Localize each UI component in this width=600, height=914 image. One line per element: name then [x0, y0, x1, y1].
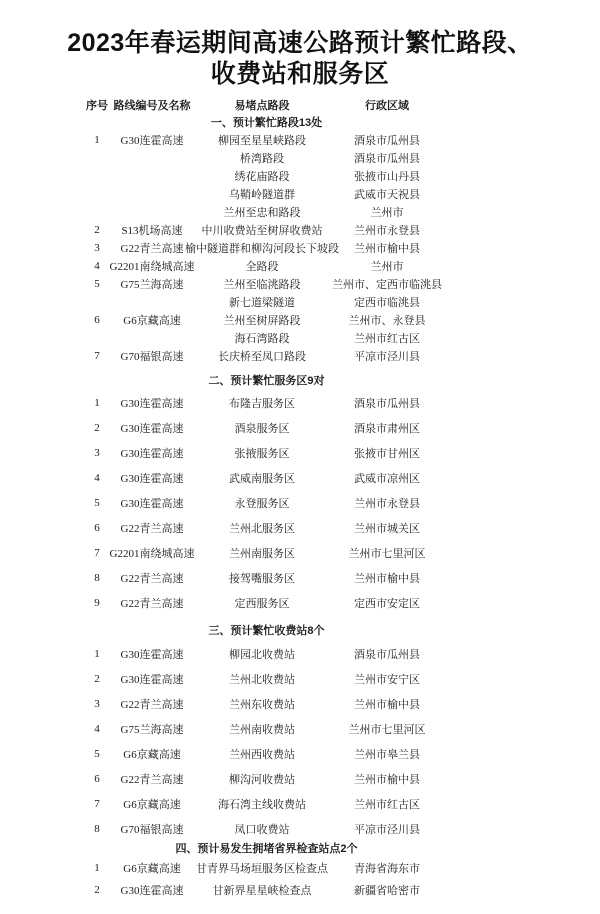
cell-region: 兰州市、永登县	[340, 312, 434, 328]
table-row: 5G6京藏高速兰州西收费站兰州市皋兰县	[74, 741, 434, 766]
section-heading: 二、预计繁忙服务区9对	[74, 373, 434, 389]
cell-no: 5	[74, 278, 120, 290]
cell-region: 兰州市	[340, 258, 434, 274]
table-row: 海石湾路段兰州市红古区	[74, 329, 434, 347]
cell-spot: 接驾嘴服务区	[184, 570, 340, 586]
column-header-region: 行政区域	[340, 97, 434, 113]
cell-no: 9	[74, 597, 120, 609]
table-row: 2G30连霍高速酒泉服务区酒泉市肃州区	[74, 415, 434, 440]
table-row: 1G30连霍高速柳园至星星峡路段酒泉市瓜州县	[74, 131, 434, 149]
table-row-group: 5G30连霍高速永登服务区兰州市永登县	[74, 490, 434, 515]
cell-route: G30连霍高速	[120, 646, 184, 662]
table-row: 6G22青兰高速兰州北服务区兰州市城关区	[74, 515, 434, 540]
cell-no: 3	[74, 698, 120, 710]
table-row: 4G75兰海高速兰州南收费站兰州市七里河区	[74, 716, 434, 741]
table-row: 1G30连霍高速柳园北收费站酒泉市瓜州县	[74, 641, 434, 666]
cell-no: 2	[74, 224, 120, 236]
table-row: 7G6京藏高速海石湾主线收费站兰州市红古区	[74, 791, 434, 816]
cell-route: G30连霍高速	[120, 420, 184, 436]
cell-spot: 甘青界马场垣服务区检查点	[184, 860, 340, 876]
cell-region: 兰州市榆中县	[340, 240, 434, 256]
table-row: 9G22青兰高速定西服务区定西市安定区	[74, 590, 434, 615]
cell-region: 兰州市七里河区	[340, 545, 434, 561]
cell-route: G30连霍高速	[120, 470, 184, 486]
table-row-group: 1G30连霍高速布隆吉服务区酒泉市瓜州县	[74, 390, 434, 415]
cell-spot: 中川收费站至树屏收费站	[184, 222, 340, 238]
section-rows: 1G6京藏高速甘青界马场垣服务区检查点青海省海东市2G30连霍高速甘新界星星峡检…	[74, 857, 434, 901]
table-row-group: 5G75兰海高速兰州至临洮路段兰州市、定西市临洮县新七道梁隧道定西市临洮县	[74, 275, 434, 311]
cell-no: 8	[74, 572, 120, 584]
cell-no: 2	[74, 673, 120, 685]
table-row-group: 7G6京藏高速海石湾主线收费站兰州市红古区	[74, 791, 434, 816]
cell-no: 1	[74, 397, 120, 409]
table-row: 2S13机场高速中川收费站至树屏收费站兰州市永登县	[74, 221, 434, 239]
cell-spot: 兰州东收费站	[184, 696, 340, 712]
table-row: 2G30连霍高速甘新界星星峡检查点新疆省哈密市	[74, 879, 434, 901]
cell-spot: 兰州北服务区	[184, 520, 340, 536]
cell-no: 3	[74, 242, 120, 254]
table-row-group: 4G30连霍高速武威南服务区武威市凉州区	[74, 465, 434, 490]
cell-no: 5	[74, 497, 120, 509]
table-row-group: 1G6京藏高速甘青界马场垣服务区检查点青海省海东市	[74, 857, 434, 879]
cell-no: 2	[74, 422, 120, 434]
cell-region: 青海省海东市	[340, 860, 434, 876]
cell-spot: 兰州至树屏路段	[184, 312, 340, 328]
cell-no: 8	[74, 823, 120, 835]
cell-spot: 定西服务区	[184, 595, 340, 611]
table-row-group: 9G22青兰高速定西服务区定西市安定区	[74, 590, 434, 615]
cell-route: G75兰海高速	[120, 276, 184, 292]
section-heading: 三、预计繁忙收费站8个	[74, 623, 434, 639]
table-row-group: 3G22青兰高速兰州东收费站兰州市榆中县	[74, 691, 434, 716]
table-row: 7G70福银高速长庆桥至凤口路段平凉市泾川县	[74, 347, 434, 365]
document-page: 2023年春运期间高速公路预计繁忙路段、 收费站和服务区 序号 路线编号及名称 …	[0, 0, 600, 914]
table-row-group: 6G22青兰高速兰州北服务区兰州市城关区	[74, 515, 434, 540]
cell-region: 兰州市榆中县	[340, 771, 434, 787]
cell-region: 兰州市七里河区	[340, 721, 434, 737]
cell-spot: 张掖服务区	[184, 445, 340, 461]
table-row-group: 7G2201南绕城高速兰州南服务区兰州市七里河区	[74, 540, 434, 565]
cell-spot: 武威南服务区	[184, 470, 340, 486]
cell-region: 平凉市泾川县	[340, 821, 434, 837]
cell-region: 酒泉市瓜州县	[340, 646, 434, 662]
table-row: 桥湾路段酒泉市瓜州县	[74, 149, 434, 167]
section-rows: 1G30连霍高速柳园北收费站酒泉市瓜州县2G30连霍高速兰州北收费站兰州市安宁区…	[74, 641, 434, 841]
cell-route: G70福银高速	[120, 821, 184, 837]
table-row: 1G30连霍高速布隆吉服务区酒泉市瓜州县	[74, 390, 434, 415]
cell-spot: 兰州北收费站	[184, 671, 340, 687]
table-row: 7G2201南绕城高速兰州南服务区兰州市七里河区	[74, 540, 434, 565]
table-row: 兰州至忠和路段兰州市	[74, 203, 434, 221]
table-row: 5G75兰海高速兰州至临洮路段兰州市、定西市临洮县	[74, 275, 434, 293]
cell-spot: 新七道梁隧道	[184, 294, 340, 310]
cell-region: 兰州市红古区	[340, 330, 434, 346]
cell-route: G30连霍高速	[120, 132, 184, 148]
table-row-group: 5G6京藏高速兰州西收费站兰州市皋兰县	[74, 741, 434, 766]
cell-no: 6	[74, 522, 120, 534]
cell-spot: 全路段	[184, 258, 340, 274]
section-rows: 1G30连霍高速布隆吉服务区酒泉市瓜州县2G30连霍高速酒泉服务区酒泉市肃州区3…	[74, 390, 434, 615]
cell-spot: 柳园至星星峡路段	[184, 132, 340, 148]
cell-route: G6京藏高速	[120, 860, 184, 876]
cell-no: 7	[74, 798, 120, 810]
cell-region: 兰州市榆中县	[340, 570, 434, 586]
cell-spot: 长庆桥至凤口路段	[184, 348, 340, 364]
cell-spot: 柳沟河收费站	[184, 771, 340, 787]
cell-region: 酒泉市瓜州县	[340, 395, 434, 411]
cell-spot: 兰州西收费站	[184, 746, 340, 762]
cell-route: G22青兰高速	[120, 595, 184, 611]
table-row-group: 8G22青兰高速接驾嘴服务区兰州市榆中县	[74, 565, 434, 590]
cell-region: 兰州市城关区	[340, 520, 434, 536]
page-title-line2: 收费站和服务区	[10, 59, 590, 90]
cell-no: 1	[74, 134, 120, 146]
cell-region: 酒泉市瓜州县	[340, 150, 434, 166]
cell-spot: 海石湾路段	[184, 330, 340, 346]
cell-region: 兰州市榆中县	[340, 696, 434, 712]
section-rows: 1G30连霍高速柳园至星星峡路段酒泉市瓜州县桥湾路段酒泉市瓜州县绣花庙路段张掖市…	[74, 131, 434, 365]
cell-region: 兰州市皋兰县	[340, 746, 434, 762]
cell-spot: 乌鞘岭隧道群	[184, 186, 340, 202]
cell-no: 5	[74, 748, 120, 760]
cell-spot: 兰州南服务区	[184, 545, 340, 561]
cell-route: G2201南绕城高速	[120, 258, 184, 274]
table-row-group: 1G30连霍高速柳园至星星峡路段酒泉市瓜州县桥湾路段酒泉市瓜州县绣花庙路段张掖市…	[74, 131, 434, 221]
cell-spot: 甘新界星星峡检查点	[184, 882, 340, 898]
table-row-group: 6G6京藏高速兰州至树屏路段兰州市、永登县海石湾路段兰州市红古区	[74, 311, 434, 347]
cell-no: 1	[74, 648, 120, 660]
cell-region: 张掖市甘州区	[340, 445, 434, 461]
column-header-spot: 易堵点路段	[184, 97, 340, 113]
cell-region: 兰州市红古区	[340, 796, 434, 812]
table-row: 绣花庙路段张掖市山丹县	[74, 167, 434, 185]
table-row-group: 2G30连霍高速甘新界星星峡检查点新疆省哈密市	[74, 879, 434, 901]
cell-no: 6	[74, 314, 120, 326]
cell-no: 4	[74, 472, 120, 484]
cell-region: 兰州市安宁区	[340, 671, 434, 687]
cell-route: G22青兰高速	[120, 570, 184, 586]
cell-route: G22青兰高速	[120, 771, 184, 787]
cell-spot: 酒泉服务区	[184, 420, 340, 436]
cell-route: S13机场高速	[120, 222, 184, 238]
cell-region: 兰州市永登县	[340, 495, 434, 511]
cell-no: 2	[74, 884, 120, 896]
cell-spot: 兰州至忠和路段	[184, 204, 340, 220]
cell-region: 新疆省哈密市	[340, 882, 434, 898]
cell-route: G70福银高速	[120, 348, 184, 364]
cell-region: 武威市凉州区	[340, 470, 434, 486]
table-row: 1G6京藏高速甘青界马场垣服务区检查点青海省海东市	[74, 857, 434, 879]
cell-route: G2201南绕城高速	[120, 545, 184, 561]
cell-spot: 榆中隧道群和柳沟河段长下坡段	[184, 240, 340, 256]
table-row-group: 3G22青兰高速榆中隧道群和柳沟河段长下坡段兰州市榆中县	[74, 239, 434, 257]
cell-route: G75兰海高速	[120, 721, 184, 737]
table-row: 3G22青兰高速兰州东收费站兰州市榆中县	[74, 691, 434, 716]
cell-route: G30连霍高速	[120, 671, 184, 687]
table-row: 乌鞘岭隧道群武威市天祝县	[74, 185, 434, 203]
table-row-group: 6G22青兰高速柳沟河收费站兰州市榆中县	[74, 766, 434, 791]
cell-route: G6京藏高速	[120, 746, 184, 762]
cell-region: 酒泉市瓜州县	[340, 132, 434, 148]
cell-route: G22青兰高速	[120, 696, 184, 712]
cell-route: G30连霍高速	[120, 495, 184, 511]
cell-route: G30连霍高速	[120, 882, 184, 898]
section-heading: 一、预计繁忙路段13处	[74, 115, 434, 131]
cell-spot: 兰州南收费站	[184, 721, 340, 737]
cell-region: 兰州市、定西市临洮县	[340, 276, 434, 292]
table-row: 3G30连霍高速张掖服务区张掖市甘州区	[74, 440, 434, 465]
cell-spot: 桥湾路段	[184, 150, 340, 166]
table-row-group: 1G30连霍高速柳园北收费站酒泉市瓜州县	[74, 641, 434, 666]
table-row: 8G22青兰高速接驾嘴服务区兰州市榆中县	[74, 565, 434, 590]
cell-region: 张掖市山丹县	[340, 168, 434, 184]
table-row-group: 8G70福银高速凤口收费站平凉市泾川县	[74, 816, 434, 841]
cell-route: G22青兰高速	[120, 520, 184, 536]
cell-spot: 绣花庙路段	[184, 168, 340, 184]
table-row-group: 2G30连霍高速兰州北收费站兰州市安宁区	[74, 666, 434, 691]
table-row-group: 2G30连霍高速酒泉服务区酒泉市肃州区	[74, 415, 434, 440]
table-row: 新七道梁隧道定西市临洮县	[74, 293, 434, 311]
cell-region: 定西市临洮县	[340, 294, 434, 310]
table-row: 6G22青兰高速柳沟河收费站兰州市榆中县	[74, 766, 434, 791]
cell-no: 3	[74, 447, 120, 459]
table-row-group: 7G70福银高速长庆桥至凤口路段平凉市泾川县	[74, 347, 434, 365]
cell-spot: 兰州至临洮路段	[184, 276, 340, 292]
cell-no: 1	[74, 862, 120, 874]
cell-no: 7	[74, 350, 120, 362]
cell-route: G30连霍高速	[120, 445, 184, 461]
cell-spot: 布隆吉服务区	[184, 395, 340, 411]
cell-region: 武威市天祝县	[340, 186, 434, 202]
cell-spot: 永登服务区	[184, 495, 340, 511]
section-heading: 四、预计易发生拥堵省界检查站点2个	[74, 841, 434, 857]
cell-route: G6京藏高速	[120, 312, 184, 328]
table-row: 6G6京藏高速兰州至树屏路段兰州市、永登县	[74, 311, 434, 329]
table-row-group: 4G2201南绕城高速全路段兰州市	[74, 257, 434, 275]
cell-route: G22青兰高速	[120, 240, 184, 256]
cell-region: 酒泉市肃州区	[340, 420, 434, 436]
cell-route: G30连霍高速	[120, 395, 184, 411]
cell-route: G6京藏高速	[120, 796, 184, 812]
column-header-route: 路线编号及名称	[120, 97, 184, 113]
table-row: 4G30连霍高速武威南服务区武威市凉州区	[74, 465, 434, 490]
table-row: 3G22青兰高速榆中隧道群和柳沟河段长下坡段兰州市榆中县	[74, 239, 434, 257]
table-row-group: 3G30连霍高速张掖服务区张掖市甘州区	[74, 440, 434, 465]
table-row: 4G2201南绕城高速全路段兰州市	[74, 257, 434, 275]
page-title: 2023年春运期间高速公路预计繁忙路段、 收费站和服务区	[10, 0, 590, 90]
cell-spot: 柳园北收费站	[184, 646, 340, 662]
cell-region: 平凉市泾川县	[340, 348, 434, 364]
table-row: 2G30连霍高速兰州北收费站兰州市安宁区	[74, 666, 434, 691]
table-body: 一、预计繁忙路段13处1G30连霍高速柳园至星星峡路段酒泉市瓜州县桥湾路段酒泉市…	[74, 115, 434, 901]
cell-spot: 凤口收费站	[184, 821, 340, 837]
cell-region: 兰州市永登县	[340, 222, 434, 238]
column-header-row: 序号 路线编号及名称 易堵点路段 行政区域	[74, 97, 434, 113]
cell-no: 4	[74, 723, 120, 735]
cell-region: 兰州市	[340, 204, 434, 220]
cell-spot: 海石湾主线收费站	[184, 796, 340, 812]
highway-table: 序号 路线编号及名称 易堵点路段 行政区域 一、预计繁忙路段13处1G30连霍高…	[74, 97, 434, 901]
cell-no: 6	[74, 773, 120, 785]
table-row: 8G70福银高速凤口收费站平凉市泾川县	[74, 816, 434, 841]
cell-region: 定西市安定区	[340, 595, 434, 611]
page-title-line1: 2023年春运期间高速公路预计繁忙路段、	[10, 28, 590, 59]
table-row-group: 2S13机场高速中川收费站至树屏收费站兰州市永登县	[74, 221, 434, 239]
table-row-group: 4G75兰海高速兰州南收费站兰州市七里河区	[74, 716, 434, 741]
table-row: 5G30连霍高速永登服务区兰州市永登县	[74, 490, 434, 515]
